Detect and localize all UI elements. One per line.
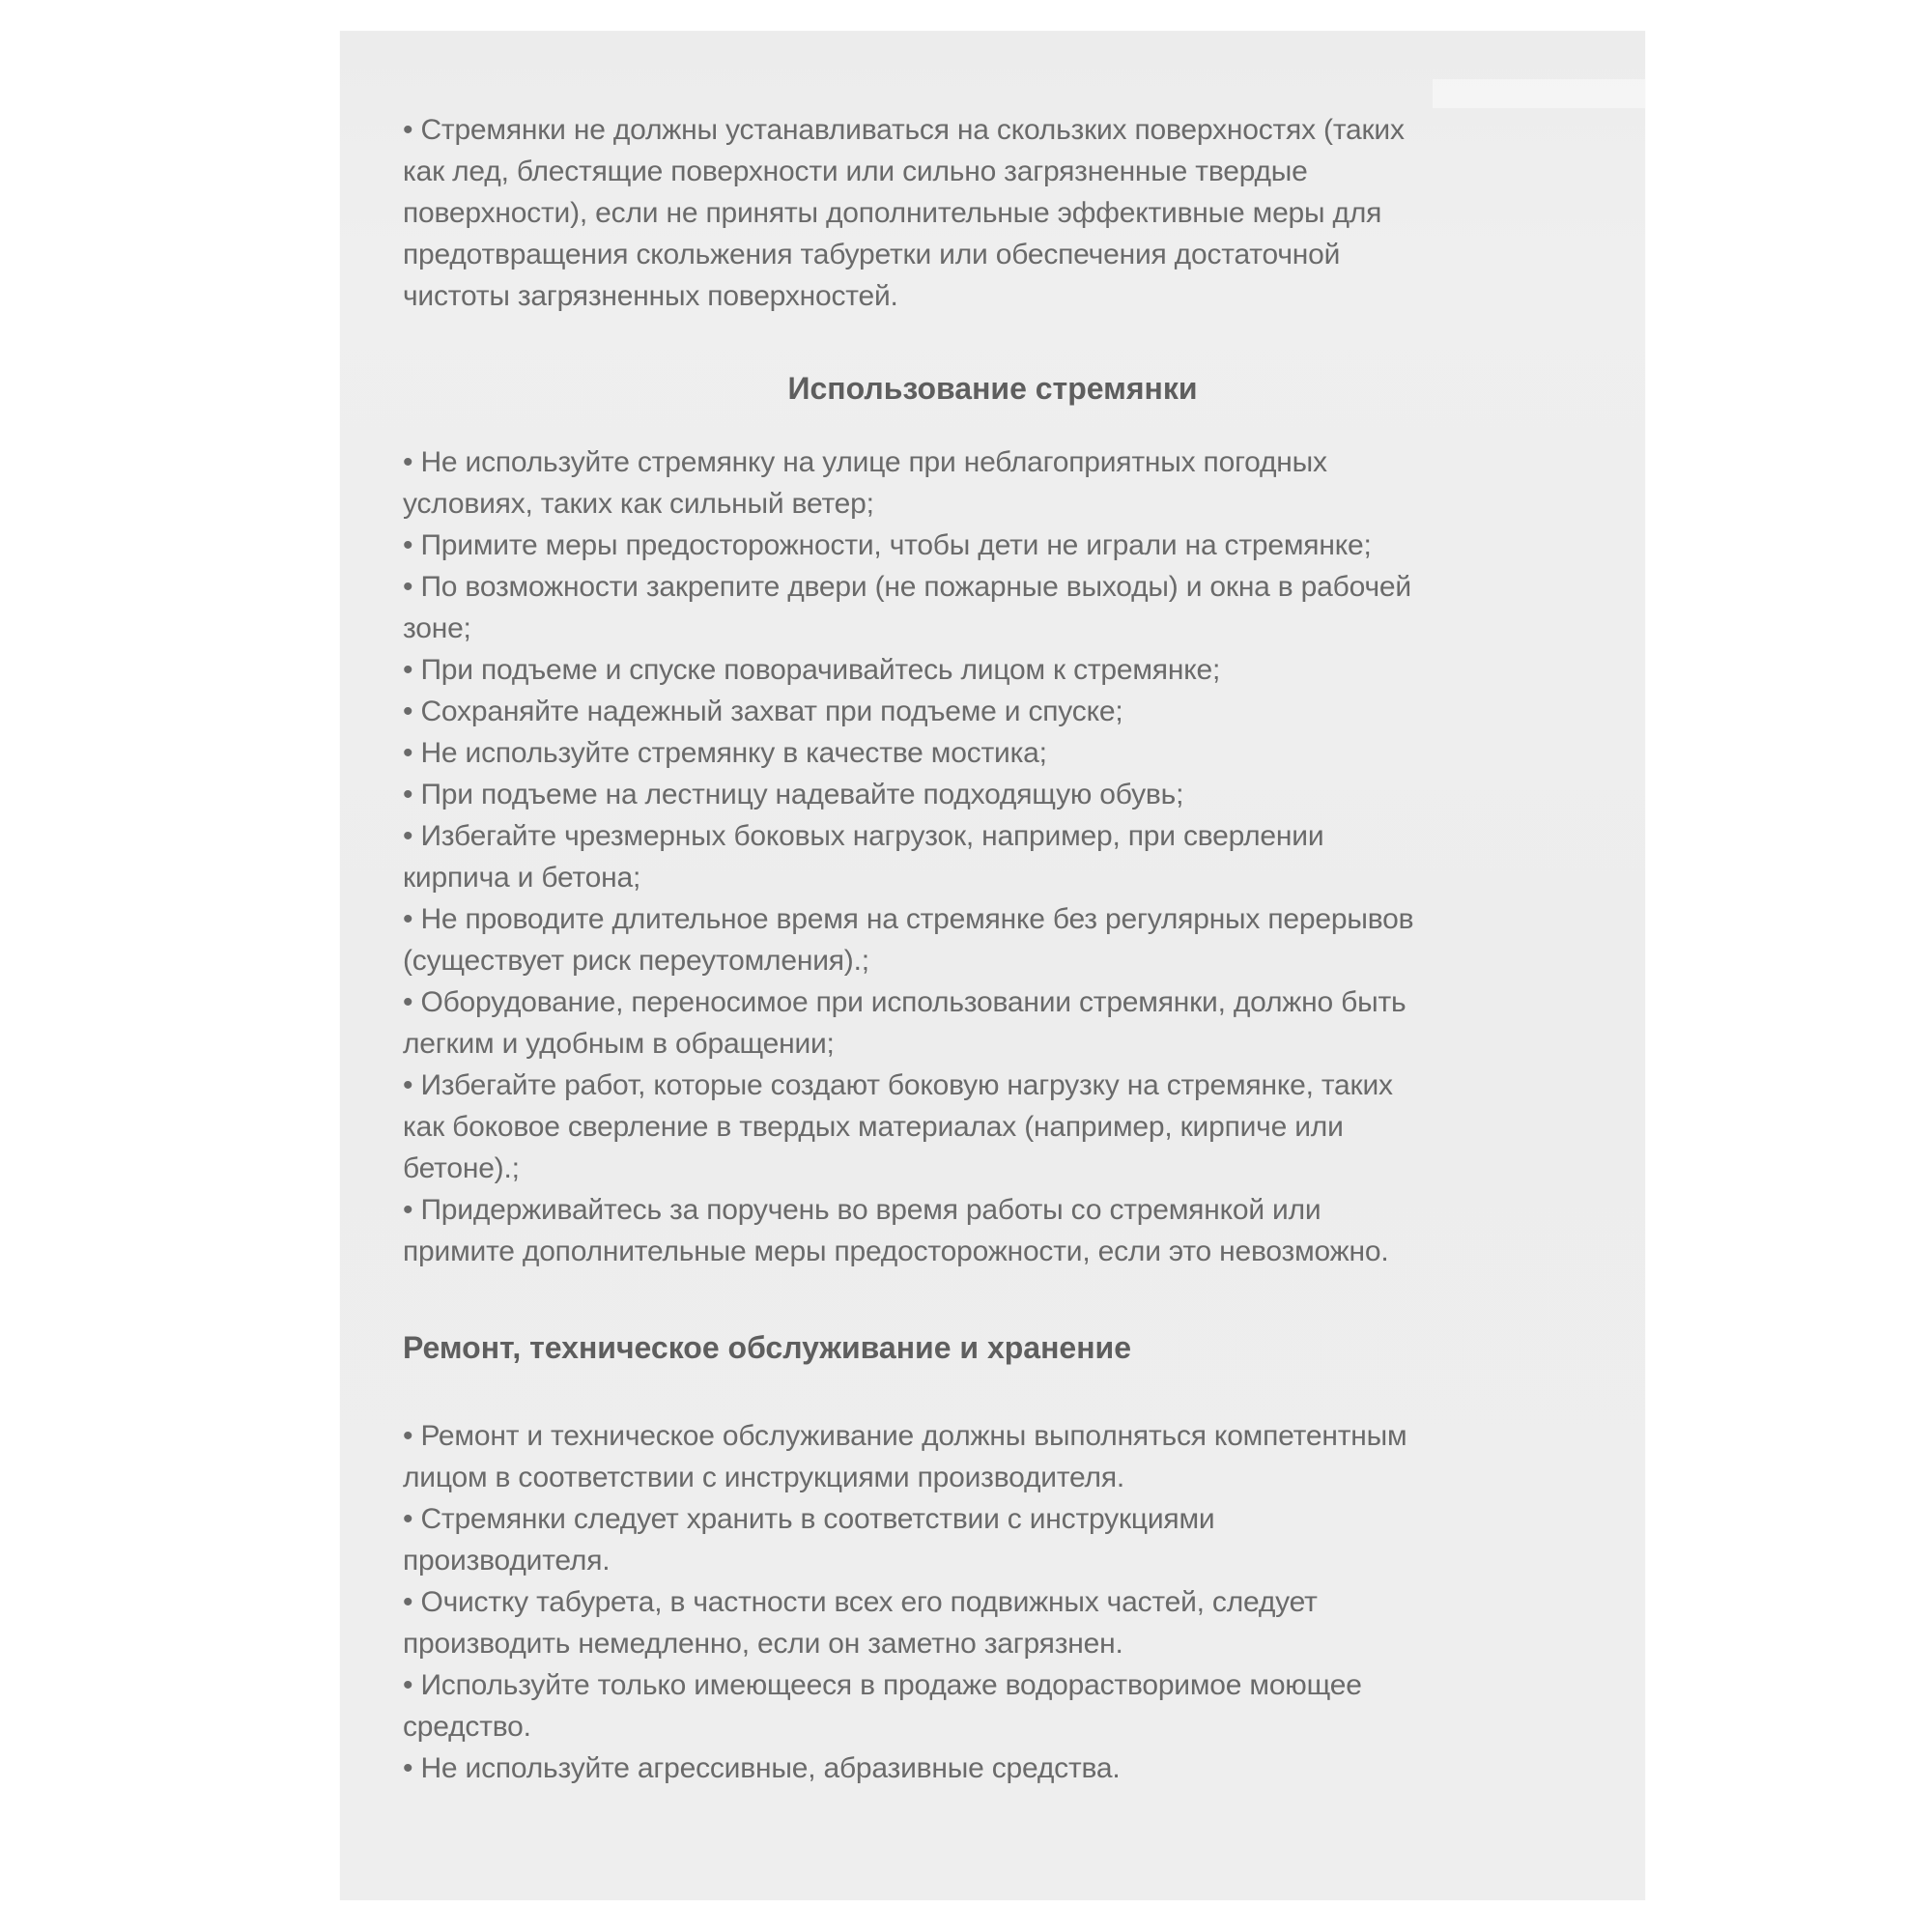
text-line: • Оборудование, переносимое при использо… (403, 988, 1406, 1017)
text-line: зоне; (403, 614, 471, 643)
text-line: • При подъеме на лестницу надевайте подх… (403, 781, 1183, 810)
text-line: • Не используйте стремянку на улице при … (403, 448, 1327, 477)
text-line: (существует риск переутомления).; (403, 947, 869, 976)
text-line: • Сохраняйте надежный захват при подъеме… (403, 697, 1122, 726)
text-line: кирпича и бетона; (403, 864, 640, 893)
text-line: поверхности), если не приняты дополнител… (403, 199, 1381, 228)
text-line: производить немедленно, если он заметно … (403, 1630, 1123, 1659)
text-line: производителя. (403, 1547, 610, 1576)
text-line: • Избегайте работ, которые создают боков… (403, 1071, 1393, 1100)
text-line: • Стремянки не должны устанавливаться на… (403, 116, 1405, 145)
text-line: как боковое сверление в твердых материал… (403, 1113, 1344, 1142)
text-line: примите дополнительные меры предосторожн… (403, 1237, 1389, 1266)
text-line: лицом в соответствии с инструкциями прои… (403, 1463, 1124, 1492)
text-line: • Не используйте стремянку в качестве мо… (403, 739, 1047, 768)
section-heading: Ремонт, техническое обслуживание и хране… (403, 1332, 1131, 1363)
text-line: • Избегайте чрезмерных боковых нагрузок,… (403, 822, 1323, 851)
text-line: как лед, блестящие поверхности или сильн… (403, 157, 1308, 186)
text-line: предотвращения скольжения табуретки или … (403, 241, 1340, 270)
text-line: легким и удобным в обращении; (403, 1030, 835, 1059)
text-line: средство. (403, 1713, 531, 1742)
text-line: • Придерживайтесь за поручень во время р… (403, 1196, 1321, 1225)
text-line: • Не используйте агрессивные, абразивные… (403, 1754, 1121, 1783)
text-line: • Примите меры предосторожности, чтобы д… (403, 531, 1372, 560)
text-line: чистоты загрязненных поверхностей. (403, 282, 898, 311)
text-line: • При подъеме и спуске поворачивайтесь л… (403, 656, 1220, 685)
text-line: • Используйте только имеющееся в продаже… (403, 1671, 1362, 1700)
text-line: • Очистку табурета, в частности всех его… (403, 1588, 1318, 1617)
text-line: • Не проводите длительное время на стрем… (403, 905, 1413, 934)
text-line: • Стремянки следует хранить в соответств… (403, 1505, 1214, 1534)
text-line: бетоне).; (403, 1154, 520, 1183)
document-page: • Стремянки не должны устанавливаться на… (340, 31, 1645, 1900)
section-heading: Использование стремянки (340, 373, 1524, 404)
text-line: • По возможности закрепите двери (не пож… (403, 573, 1411, 602)
text-line: • Ремонт и техническое обслуживание долж… (403, 1422, 1406, 1451)
text-line: условиях, таких как сильный ветер; (403, 490, 874, 519)
